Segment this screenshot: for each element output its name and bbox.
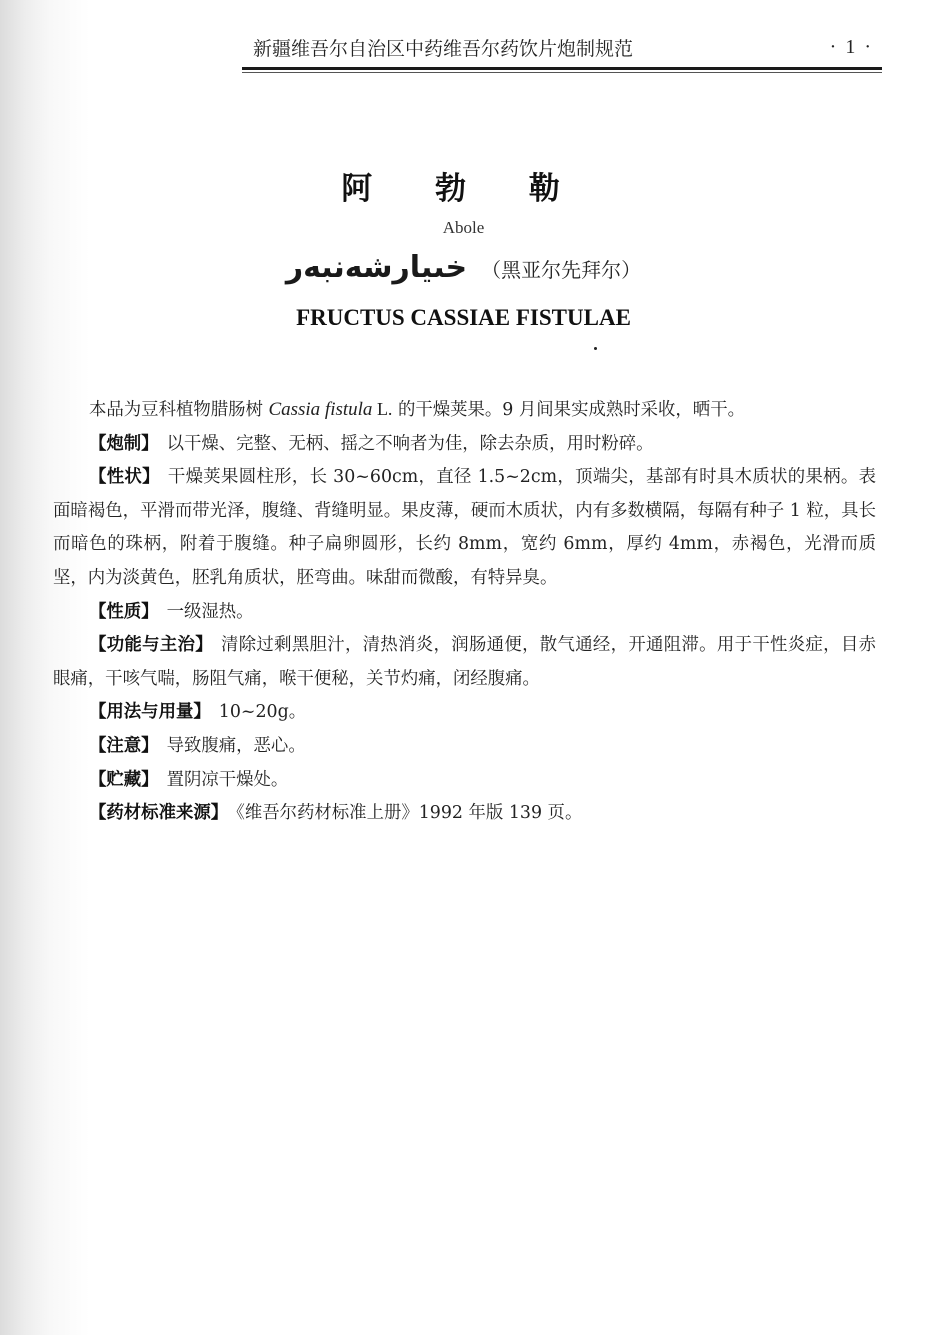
section-label: 【药材标准来源】: [89, 803, 228, 823]
entry-pinyin: Abole: [0, 218, 927, 238]
section-nature: 【性质】一级湿热。: [53, 596, 876, 630]
section-processing: 【炮制】以干燥、完整、无柄、摇之不响者为佳，除去杂质，用时粉碎。: [53, 428, 876, 462]
page-number: · 1 ·: [830, 36, 873, 59]
header-rule-thin: [242, 72, 882, 73]
section-label: 【炮制】: [89, 434, 159, 454]
scan-speck: [594, 347, 597, 350]
section-storage: 【贮藏】置阴凉干燥处。: [53, 764, 876, 798]
section-caution: 【注意】导致腹痛，恶心。: [53, 730, 876, 764]
intro-text-rest: 的干燥荚果。9 月间果实成熟时采收，晒干。: [392, 400, 745, 420]
section-label: 【贮藏】: [89, 770, 159, 790]
section-label: 【性质】: [89, 602, 159, 622]
section-label: 【功能与主治】: [89, 635, 213, 655]
species-author: L.: [372, 399, 392, 419]
uyghur-name-transliteration: （黑亚尔先拜尔）: [481, 258, 641, 282]
entry-title: 阿 勃 勒: [0, 163, 927, 208]
section-standard-source: 【药材标准来源】《维吾尔药材标准上册》1992 年版 139 页。: [53, 797, 876, 831]
latin-drug-name: FRUCTUS CASSIAE FISTULAE: [0, 305, 927, 331]
section-text: 干燥荚果圆柱形，长 30~60cm，直径 1.5~2cm，顶端尖，基部有时具木质…: [53, 467, 876, 588]
section-text: 《维吾尔药材标准上册》1992 年版 139 页。: [236, 803, 582, 823]
running-header: 新疆维吾尔自治区中药维吾尔药饮片炮制规范 · 1 ·: [253, 32, 873, 62]
intro-paragraph: 本品为豆科植物腊肠树 Cassia fistula L. 的干燥荚果。9 月间果…: [53, 393, 876, 428]
section-text: 一级湿热。: [167, 602, 254, 622]
section-text: 以干燥、完整、无柄、摇之不响者为佳，除去杂质，用时粉碎。: [167, 434, 654, 454]
header-rule-thick: [242, 67, 882, 70]
section-label: 【注意】: [89, 736, 159, 756]
section-text: 置阴凉干燥处。: [167, 770, 289, 790]
section-text: 10~20g。: [219, 702, 306, 722]
section-description: 【性状】干燥荚果圆柱形，长 30~60cm，直径 1.5~2cm，顶端尖，基部有…: [53, 461, 876, 595]
section-label: 【性状】: [89, 467, 160, 487]
species-name: Cassia fistula: [268, 399, 372, 420]
section-dosage: 【用法与用量】10~20g。: [53, 696, 876, 730]
book-title: 新疆维吾尔自治区中药维吾尔药饮片炮制规范: [253, 34, 633, 61]
entry-body: 本品为豆科植物腊肠树 Cassia fistula L. 的干燥荚果。9 月间果…: [53, 393, 876, 831]
intro-text: 本品为豆科植物腊肠树: [89, 400, 268, 420]
section-functions: 【功能与主治】清除过剩黑胆汁，清热消炎，润肠通便，散气通经，开通阻滞。用于干性炎…: [53, 629, 876, 696]
section-text: 导致腹痛，恶心。: [167, 736, 306, 756]
uyghur-name: خىيارشەنبەر: [286, 250, 467, 285]
section-label: 【用法与用量】: [89, 702, 211, 722]
uyghur-name-line: خىيارشەنبەر（黑亚尔先拜尔）: [0, 250, 927, 285]
